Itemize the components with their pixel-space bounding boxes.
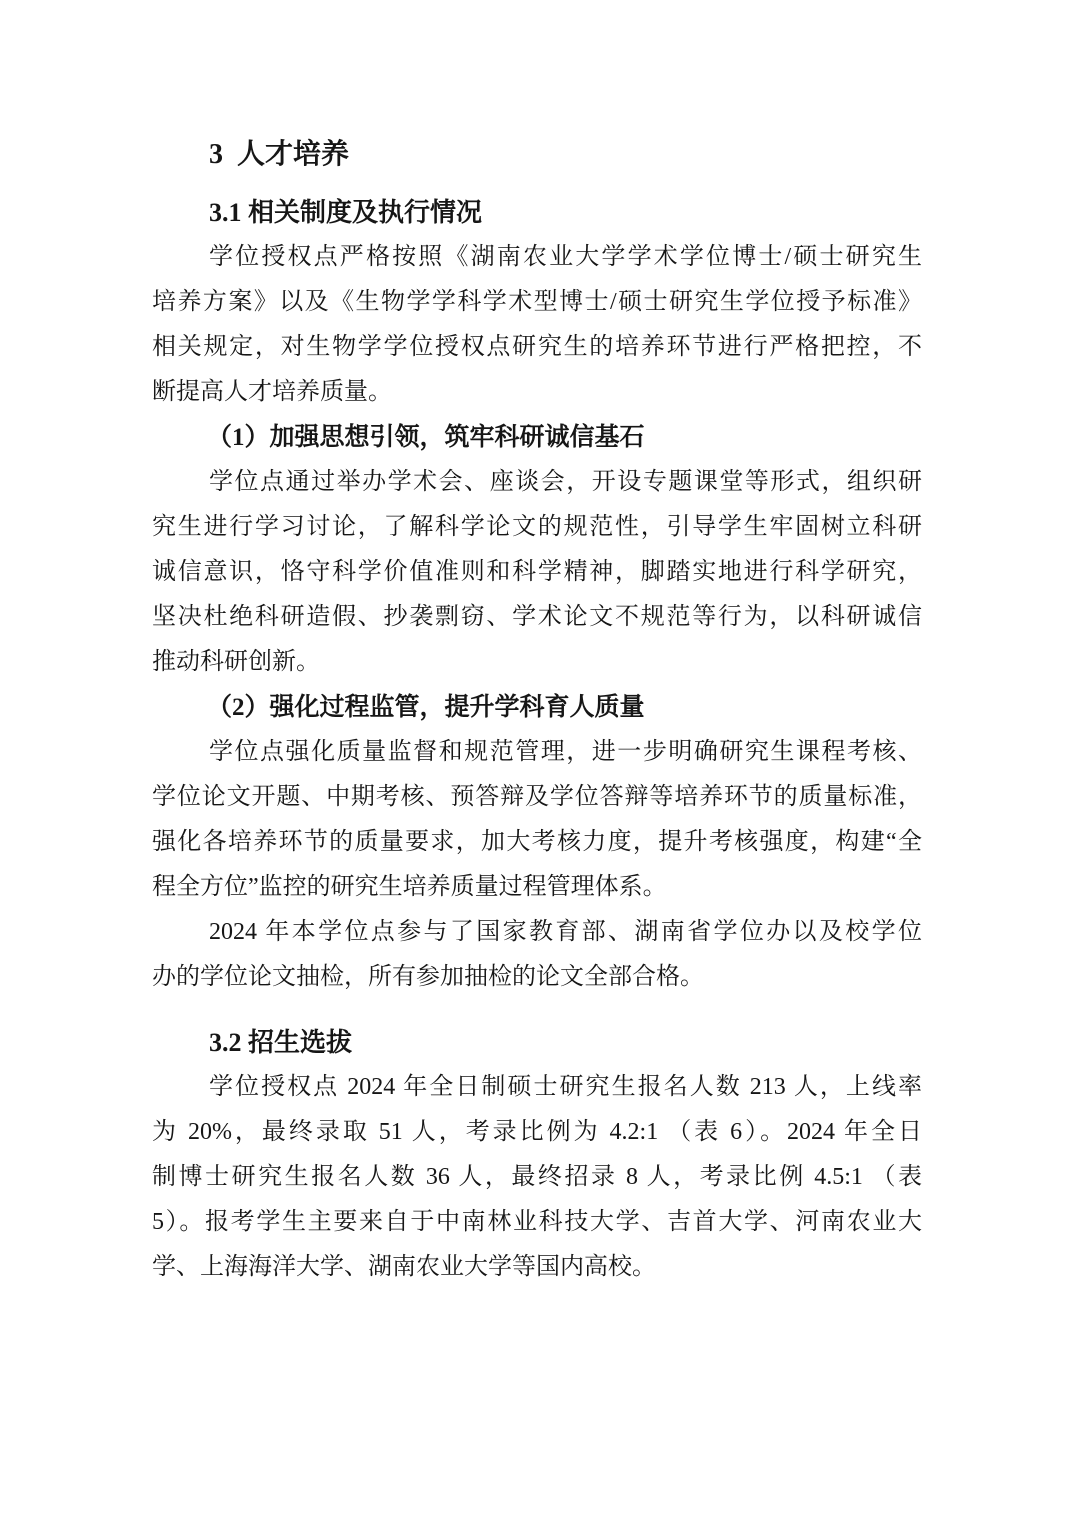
- text-line: 学位论文开题、中期考核、预答辩及学位答辩等培养环节的质量标准，: [152, 775, 922, 820]
- text-line: 坚决杜绝科研造假、抄袭剽窃、学术论文不规范等行为，以科研诚信: [152, 595, 922, 640]
- page-content: 3 人才培养 3.1 相关制度及执行情况 学位授权点严格按照《湖南农业大学学术学…: [152, 0, 922, 1290]
- chapter-heading: 3 人才培养: [152, 132, 922, 177]
- paragraph-admissions: 学位授权点 2024 年全日制硕士研究生报名人数 213 人，上线率 为 20%…: [152, 1065, 922, 1290]
- text-line: 相关规定，对生物学学位授权点研究生的培养环节进行严格把控，不: [152, 325, 922, 370]
- text-line: 学位点通过举办学术会、座谈会，开设专题课堂等形式，组织研: [152, 460, 922, 505]
- section-heading-3-1: 3.1 相关制度及执行情况: [152, 190, 922, 235]
- paragraph-integrity: 学位点通过举办学术会、座谈会，开设专题课堂等形式，组织研 究生进行学习讨论，了解…: [152, 460, 922, 685]
- text-line: 学位授权点严格按照《湖南农业大学学术学位博士/硕士研究生: [152, 235, 922, 280]
- document-page: 3 人才培养 3.1 相关制度及执行情况 学位授权点严格按照《湖南农业大学学术学…: [0, 0, 1074, 1520]
- text-line: 为 20%，最终录取 51 人，考录比例为 4.2:1 （表 6）。2024 年…: [152, 1110, 922, 1155]
- paragraph-regulations: 学位授权点严格按照《湖南农业大学学术学位博士/硕士研究生 培养方案》以及《生物学…: [152, 235, 922, 415]
- text-line: 学、上海海洋大学、湖南农业大学等国内高校。: [152, 1245, 922, 1290]
- paragraph-supervision: 学位点强化质量监督和规范管理，进一步明确研究生课程考核、 学位论文开题、中期考核…: [152, 730, 922, 910]
- text-line: 强化各培养环节的质量要求，加大考核力度，提升考核强度，构建“全: [152, 820, 922, 865]
- text-line: 究生进行学习讨论，了解科学论文的规范性，引导学生牢固树立科研: [152, 505, 922, 550]
- text-line: 断提高人才培养质量。: [152, 370, 922, 415]
- text-line: 程全方位”监控的研究生培养质量过程管理体系。: [152, 865, 922, 910]
- paragraph-spotcheck: 2024 年本学位点参与了国家教育部、湖南省学位办以及校学位 办的学位论文抽检，…: [152, 910, 922, 1000]
- text-line: 5）。报考学生主要来自于中南林业科技大学、吉首大学、河南农业大: [152, 1200, 922, 1245]
- text-line: 推动科研创新。: [152, 640, 922, 685]
- text-line: 学位点强化质量监督和规范管理，进一步明确研究生课程考核、: [152, 730, 922, 775]
- text-line: 学位授权点 2024 年全日制硕士研究生报名人数 213 人，上线率: [152, 1065, 922, 1110]
- subheading-2: （2）强化过程监管，提升学科育人质量: [152, 685, 922, 730]
- text-line: 诚信意识，恪守科学价值准则和科学精神，脚踏实地进行科学研究，: [152, 550, 922, 595]
- text-line: 制博士研究生报名人数 36 人，最终招录 8 人，考录比例 4.5:1 （表: [152, 1155, 922, 1200]
- text-line: 办的学位论文抽检，所有参加抽检的论文全部合格。: [152, 955, 922, 1000]
- text-line: 培养方案》以及《生物学学科学术型博士/硕士研究生学位授予标准》: [152, 280, 922, 325]
- text-line: 2024 年本学位点参与了国家教育部、湖南省学位办以及校学位: [152, 910, 922, 955]
- section-heading-3-2: 3.2 招生选拔: [152, 1020, 922, 1065]
- subheading-1: （1）加强思想引领，筑牢科研诚信基石: [152, 415, 922, 460]
